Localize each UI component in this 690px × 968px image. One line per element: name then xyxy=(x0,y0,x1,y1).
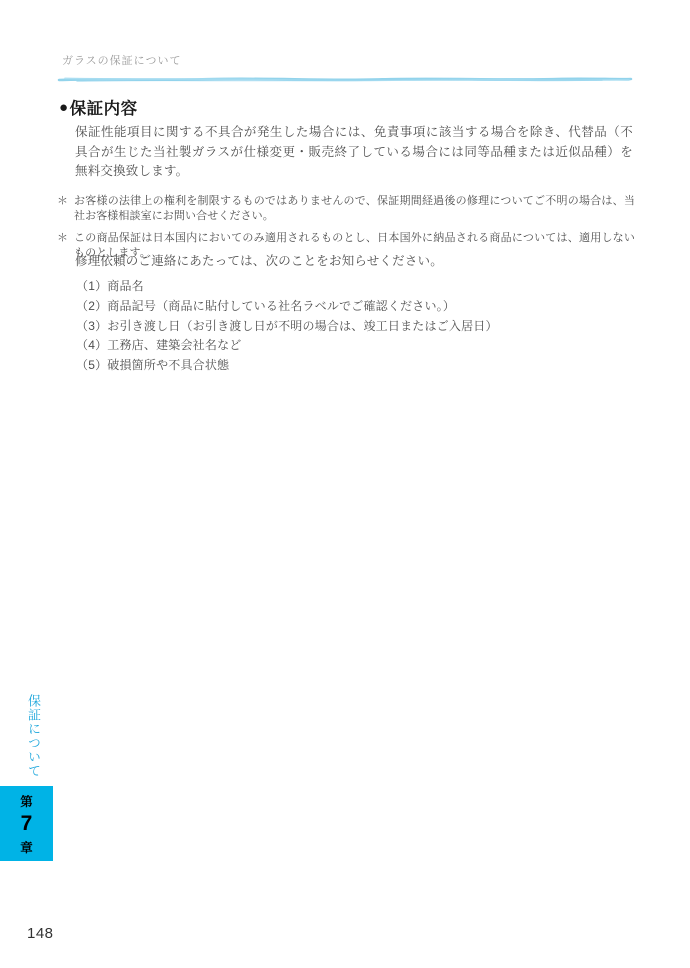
bullet-icon: ● xyxy=(59,99,69,116)
warranty-body-paragraph: 保証性能項目に関する不具合が発生した場合には、免責事項に該当する場合を除き、代替… xyxy=(75,123,633,182)
chapter-prefix: 第 xyxy=(20,792,33,810)
brush-underline-decoration xyxy=(57,74,633,84)
list-item: （4）工務店、建築会社名など xyxy=(76,336,498,356)
asterisk-marker: ＊ xyxy=(57,194,74,224)
list-item: （1）商品名 xyxy=(76,277,498,297)
section-heading: ● 保証内容 xyxy=(59,95,138,119)
page-number: 148 xyxy=(27,925,54,942)
asterisk-marker: ＊ xyxy=(57,231,74,261)
list-item: （3）お引き渡し日（お引き渡し日が不明の場合は、竣工日またはご入居日） xyxy=(76,317,498,337)
section-title: 保証内容 xyxy=(70,95,138,119)
chapter-tab: 第 7 章 xyxy=(0,786,53,861)
list-item: （5）破損箇所や不具合状態 xyxy=(76,356,498,376)
running-head: ガラスの保証について xyxy=(62,52,181,68)
list-item: （2）商品記号（商品に貼付している社名ラベルでご確認ください。） xyxy=(76,297,498,317)
chapter-suffix: 章 xyxy=(20,838,33,856)
footnote-text: お客様の法律上の権利を制限するものではありませんので、保証期間経過後の修理につい… xyxy=(74,194,635,224)
chapter-tab-text: 第 7 章 xyxy=(20,792,33,856)
repair-list-intro: 修理依頼のご連絡にあたっては、次のことをお知らせください。 xyxy=(75,251,443,269)
sidebar-chapter-label: 保証について xyxy=(24,694,43,784)
chapter-number: 7 xyxy=(21,812,33,836)
repair-info-list: （1）商品名 （2）商品記号（商品に貼付している社名ラベルでご確認ください。） … xyxy=(76,277,498,376)
footnote-row: ＊ お客様の法律上の権利を制限するものではありませんので、保証期間経過後の修理に… xyxy=(57,194,635,224)
manual-page: ガラスの保証について ● 保証内容 保証性能項目に関する不具合が発生した場合には… xyxy=(0,0,690,968)
